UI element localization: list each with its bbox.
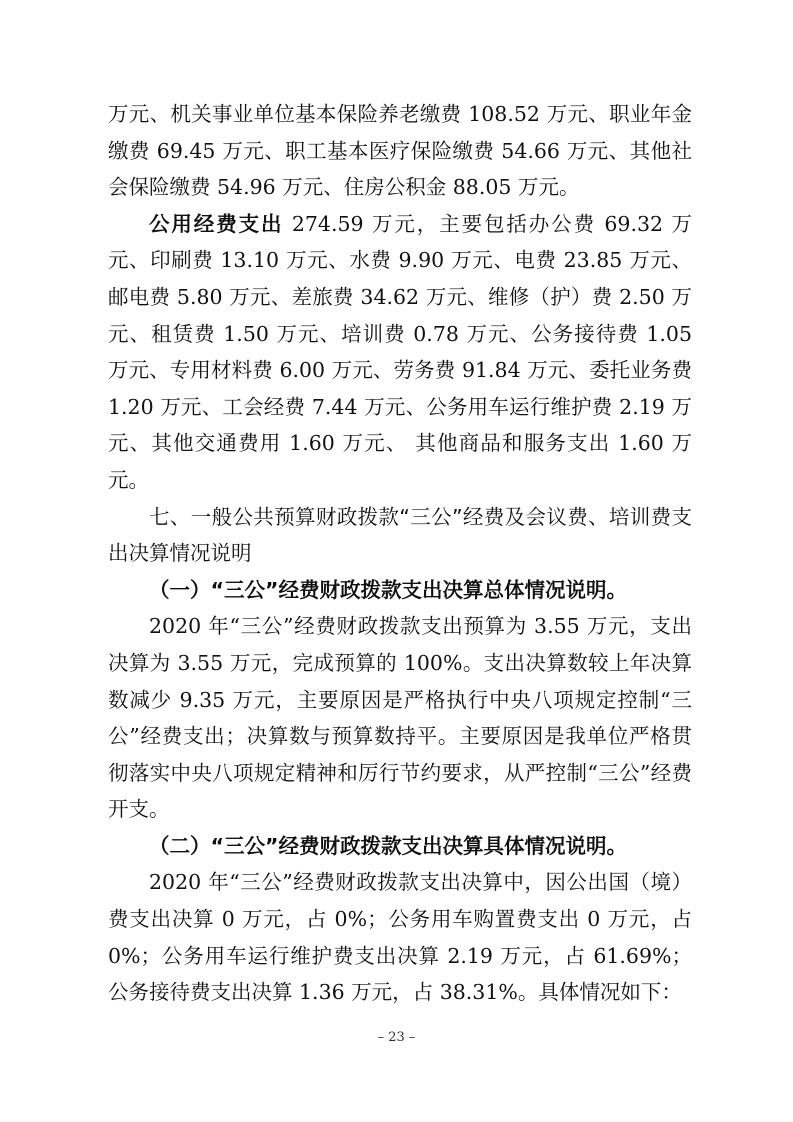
subheading-detail: （二）“三公”经费财政拨款支出决算具体情况说明。 <box>108 828 692 865</box>
paragraph-public-expenses: 公用经费支出 274.59 万元，主要包括办公费 69.32 万元、印刷费 13… <box>108 206 692 499</box>
document-page: 万元、机关事业单位基本保险养老缴费 108.52 万元、职业年金缴费 69.45… <box>108 96 692 1011</box>
paragraph-overall: 2020 年“三公”经费财政拨款支出预算为 3.55 万元，支出决算为 3.55… <box>108 608 692 828</box>
public-expenses-body: 274.59 万元，主要包括办公费 69.32 万元、印刷费 13.10 万元、… <box>108 212 692 492</box>
public-expenses-lead: 公用经费支出 <box>149 212 283 236</box>
paragraph-personnel-expenses: 万元、机关事业单位基本保险养老缴费 108.52 万元、职业年金缴费 69.45… <box>108 96 692 206</box>
paragraph-detail: 2020 年“三公”经费财政拨款支出决算中，因公出国（境）费支出决算 0 万元，… <box>108 864 692 1010</box>
section-heading-7: 七、一般公共预算财政拨款“三公”经费及会议费、培训费支出决算情况说明 <box>108 499 692 572</box>
page-number: – 23 – <box>0 1030 793 1045</box>
subheading-overall: （一）“三公”经费财政拨款支出决算总体情况说明。 <box>108 572 692 609</box>
